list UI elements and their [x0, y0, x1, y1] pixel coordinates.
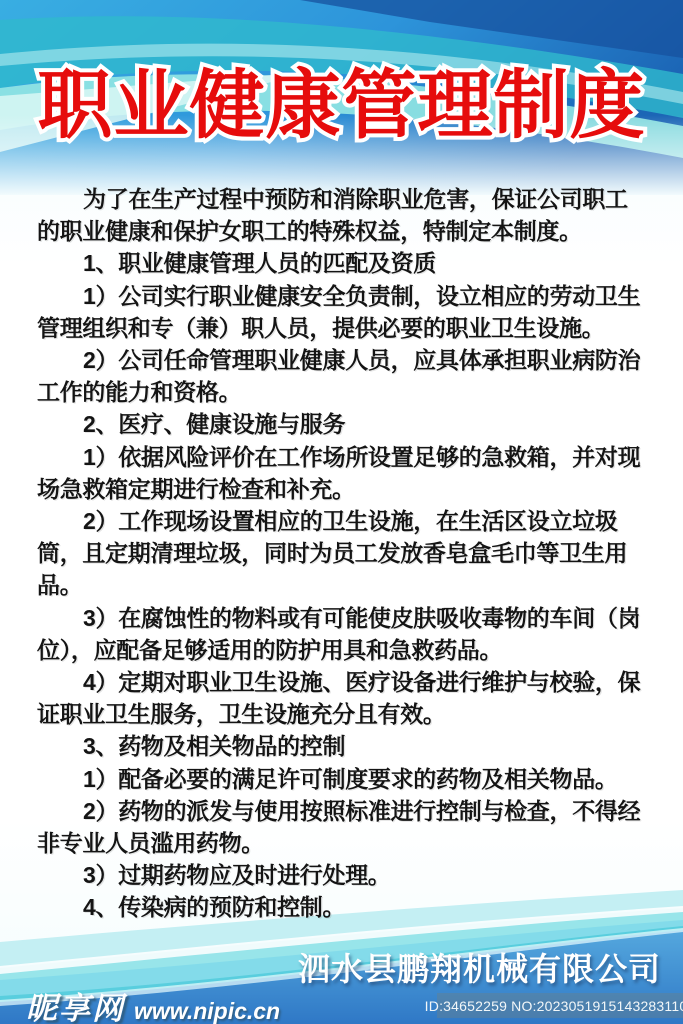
section-3-heading: 3、药物及相关物品的控制: [37, 730, 646, 762]
paragraph-intro: 为了在生产过程中预防和消除职业危害，保证公司职工的职业健康和保护女职工的特殊权益…: [37, 183, 646, 247]
company-name: 泗水县鹏翔机械有限公司: [298, 944, 661, 990]
policy-body: 为了在生产过程中预防和消除职业危害，保证公司职工的职业健康和保护女职工的特殊权益…: [37, 183, 646, 924]
watermark-site-url: www.nipic.cn: [134, 998, 280, 1024]
section-4-heading: 4、传染病的预防和控制。: [37, 891, 646, 923]
watermark-site-name: 昵享网: [26, 983, 125, 1024]
page-title: 职业健康管理制度 职业健康管理制度: [0, 56, 683, 158]
section-3-item-1: 1）配备必要的满足许可制度要求的药物及相关物品。: [37, 763, 646, 795]
section-1-heading: 1、职业健康管理人员的匹配及资质: [37, 247, 646, 279]
image-id-text: ID:34652259 NO:20230519151432831104: [425, 998, 683, 1014]
watermark: 昵享网 www.nipic.cn: [26, 983, 280, 1024]
section-2-item-1: 1）依据风险评价在工作场所设置足够的急救箱，并对现场急救箱定期进行检查和补充。: [37, 441, 646, 505]
section-2-heading: 2、医疗、健康设施与服务: [37, 408, 646, 440]
section-2-item-4: 4）定期对职业卫生设施、医疗设备进行维护与校验，保证职业卫生服务，卫生设施充分且…: [37, 666, 646, 730]
section-1-item-1: 1）公司实行职业健康安全负责制，设立相应的劳动卫生管理组织和专（兼）职人员，提供…: [37, 280, 646, 344]
section-2-item-3: 3）在腐蚀性的物料或有可能使皮肤吸收毒物的车间（岗位），应配备足够适用的防护用具…: [37, 602, 646, 666]
section-1-item-2: 2）公司任命管理职业健康人员，应具体承担职业病防治工作的能力和资格。: [37, 344, 646, 408]
image-id-bar: ID:34652259 NO:20230519151432831104: [437, 993, 683, 1018]
section-3-item-2: 2）药物的派发与使用按照标准进行控制与检查，不得经非专业人员滥用药物。: [37, 795, 646, 859]
section-3-item-3: 3）过期药物应及时进行处理。: [37, 859, 646, 891]
section-2-item-2: 2）工作现场设置相应的卫生设施，在生活区设立垃圾筒，且定期清理垃圾，同时为员工发…: [37, 505, 646, 602]
page-title-text: 职业健康管理制度: [37, 65, 645, 148]
occupational-health-poster: 职业健康管理制度 职业健康管理制度 为了在生产过程中预防和消除职业危害，保证公司…: [0, 0, 683, 1024]
